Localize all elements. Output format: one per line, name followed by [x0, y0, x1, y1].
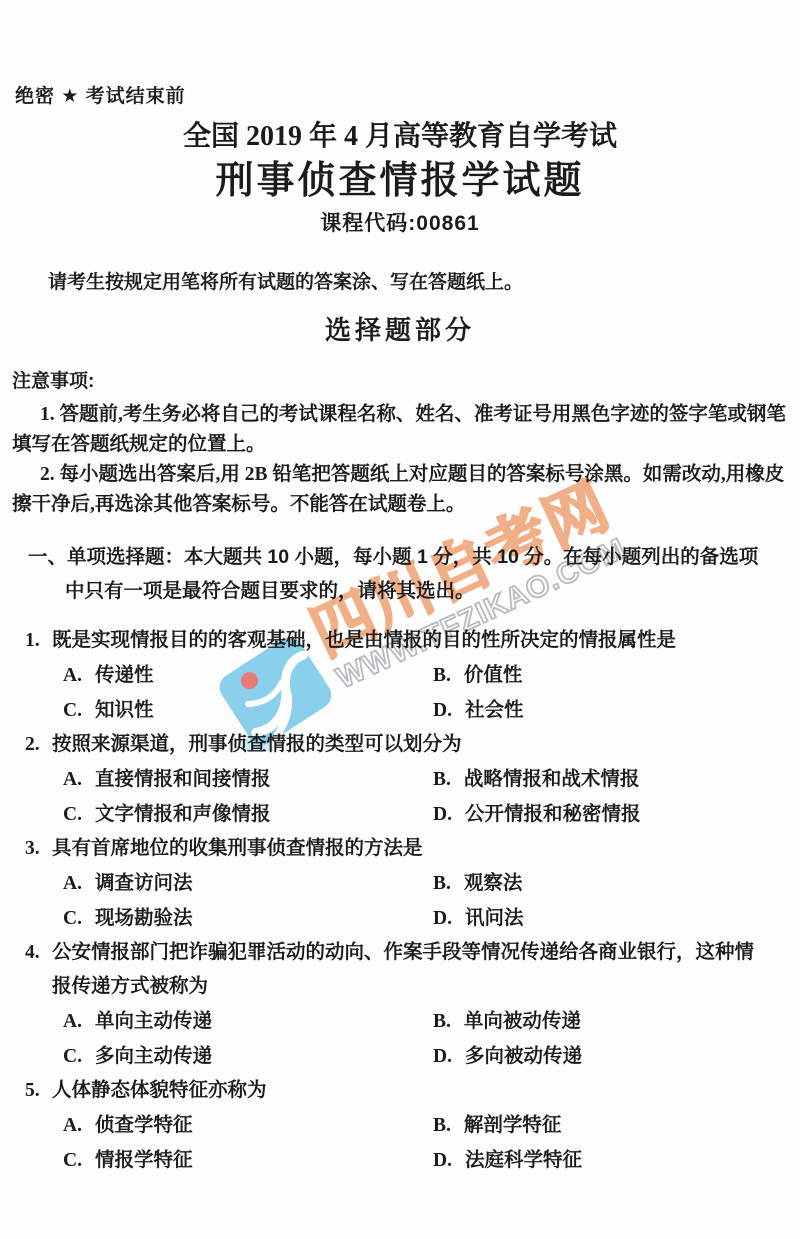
option-label: B.: [433, 873, 451, 894]
option-text: 侦查学特征: [95, 1115, 193, 1136]
question-text: 既是实现情报目的的客观基础，也是由情报的目的性所决定的情报属性是: [52, 630, 676, 651]
option-text: 文字情报和声像情报: [95, 804, 271, 825]
option-label: B.: [433, 1011, 451, 1032]
option-text: 调查访问法: [95, 873, 193, 894]
option-text: 观察法: [464, 873, 523, 894]
option-label: C.: [63, 1150, 82, 1171]
option-label: A.: [63, 873, 82, 894]
option-label: B.: [433, 769, 451, 790]
notes-heading: 注意事项:: [12, 370, 800, 394]
option-text: 社会性: [465, 700, 524, 721]
option-text: 解剖学特征: [464, 1115, 562, 1136]
option-b: B.战略情报和战术情报: [433, 762, 639, 797]
notice-item-1: 1. 答题前,考生务必将自己的考试课程名称、姓名、准考证号用黑色字迹的签字笔或钢…: [12, 400, 790, 460]
option-b: B.观察法: [433, 866, 522, 901]
paper-title: 刑事侦查情报学试题: [0, 158, 800, 204]
exam-paper-page: 四川自考网 WWW.TFZIKAO.COM 绝密 ★ 考试结束前 全国 2019…: [0, 0, 800, 1239]
option-text: 价值性: [464, 665, 523, 686]
option-text: 单向被动传递: [464, 1011, 581, 1032]
option-text: 现场勘验法: [95, 908, 193, 929]
question-1-options-cd: C.知识性 D.社会性: [63, 693, 800, 728]
question-5-options-ab: A.侦查学特征 B.解剖学特征: [63, 1108, 800, 1143]
option-label: C.: [63, 1046, 82, 1067]
option-label: A.: [63, 665, 82, 686]
question-3: 3.具有首席地位的收集刑事侦查情报的方法是: [0, 832, 764, 866]
question-number: 3.: [25, 832, 52, 866]
option-a: A.侦查学特征: [63, 1108, 433, 1143]
question-4: 4.公安情报部门把诈骗犯罪活动的动向、作案手段等情况传递给各商业银行，这种情报传…: [0, 936, 764, 1004]
exam-session-title: 全国 2019 年 4 月高等教育自学考试: [0, 120, 800, 154]
option-a: A.传递性: [63, 658, 433, 693]
question-5-options-cd: C.情报学特征 D.法庭科学特征: [63, 1143, 800, 1178]
option-label: C.: [63, 804, 82, 825]
option-text: 直接情报和间接情报: [95, 769, 271, 790]
option-a: A.调查访问法: [63, 866, 433, 901]
option-c: C.情报学特征: [63, 1143, 433, 1178]
option-label: D.: [433, 1046, 452, 1067]
option-label: B.: [433, 665, 451, 686]
question-4-options-ab: A.单向主动传递 B.单向被动传递: [63, 1004, 800, 1039]
question-2-options-ab: A.直接情报和间接情报 B.战略情报和战术情报: [63, 762, 800, 797]
option-label: B.: [433, 1115, 451, 1136]
option-text: 公开情报和秘密情报: [465, 804, 641, 825]
option-label: D.: [433, 804, 452, 825]
question-text: 公安情报部门把诈骗犯罪活动的动向、作案手段等情况传递给各商业银行，这种情报传递方…: [52, 942, 754, 997]
question-4-options-cd: C.多向主动传递 D.多向被动传递: [63, 1039, 800, 1074]
section-one-heading: 一、单项选择题：本大题共 10 小题，每小题 1 分，共 10 分。在每小题列出…: [28, 540, 772, 608]
option-d: D.多向被动传递: [433, 1039, 582, 1074]
option-text: 传递性: [95, 665, 154, 686]
page-content: 绝密 ★ 考试结束前 全国 2019 年 4 月高等教育自学考试 刑事侦查情报学…: [0, 86, 800, 1178]
option-c: C.多向主动传递: [63, 1039, 433, 1074]
option-label: D.: [433, 908, 452, 929]
course-code: 课程代码:00861: [0, 210, 800, 238]
option-text: 多向被动传递: [465, 1046, 582, 1067]
question-text: 具有首席地位的收集刑事侦查情报的方法是: [52, 838, 423, 859]
question-3-options-ab: A.调查访问法 B.观察法: [63, 866, 800, 901]
option-text: 多向主动传递: [95, 1046, 212, 1067]
option-label: A.: [63, 769, 82, 790]
option-b: B.单向被动传递: [433, 1004, 581, 1039]
question-number: 5.: [25, 1074, 52, 1108]
option-text: 讯问法: [465, 908, 524, 929]
option-label: D.: [433, 1150, 452, 1171]
option-c: C.现场勘验法: [63, 901, 433, 936]
option-text: 战略情报和战术情报: [464, 769, 640, 790]
answer-instruction: 请考生按规定用笔将所有试题的答案涂、写在答题纸上。: [48, 270, 800, 296]
question-5: 5.人体静态体貌特征亦称为: [0, 1074, 764, 1108]
question-2: 2.按照来源渠道，刑事侦查情报的类型可以划分为: [0, 728, 764, 762]
notice-item-2: 2. 每小题选出答案后,用 2B 铅笔把答题纸上对应题目的答案标号涂黑。如需改动…: [12, 460, 790, 520]
option-text: 单向主动传递: [95, 1011, 212, 1032]
option-label: C.: [63, 908, 82, 929]
classification-banner: 绝密 ★ 考试结束前: [15, 86, 800, 108]
option-text: 法庭科学特征: [465, 1150, 582, 1171]
option-c: C.知识性: [63, 693, 433, 728]
option-d: D.讯问法: [433, 901, 523, 936]
question-1: 1.既是实现情报目的的客观基础，也是由情报的目的性所决定的情报属性是: [0, 624, 764, 658]
option-text: 情报学特征: [95, 1150, 193, 1171]
option-d: D.公开情报和秘密情报: [433, 797, 640, 832]
option-a: A.直接情报和间接情报: [63, 762, 433, 797]
option-a: A.单向主动传递: [63, 1004, 433, 1039]
option-d: D.社会性: [433, 693, 523, 728]
option-text: 知识性: [95, 700, 154, 721]
question-text: 按照来源渠道，刑事侦查情报的类型可以划分为: [52, 734, 462, 755]
question-3-options-cd: C.现场勘验法 D.讯问法: [63, 901, 800, 936]
section-number: 一、单项选择题：: [28, 546, 184, 568]
option-label: A.: [63, 1115, 82, 1136]
option-label: D.: [433, 700, 452, 721]
option-b: B.解剖学特征: [433, 1108, 561, 1143]
question-number: 4.: [25, 936, 52, 970]
question-text: 人体静态体貌特征亦称为: [52, 1080, 267, 1101]
question-1-options-ab: A.传递性 B.价值性: [63, 658, 800, 693]
question-2-options-cd: C.文字情报和声像情报 D.公开情报和秘密情报: [63, 797, 800, 832]
question-number: 1.: [25, 624, 52, 658]
part-title: 选择题部分: [0, 314, 800, 346]
question-number: 2.: [25, 728, 52, 762]
option-label: A.: [63, 1011, 82, 1032]
option-d: D.法庭科学特征: [433, 1143, 582, 1178]
option-b: B.价值性: [433, 658, 522, 693]
option-label: C.: [63, 700, 82, 721]
option-c: C.文字情报和声像情报: [63, 797, 433, 832]
